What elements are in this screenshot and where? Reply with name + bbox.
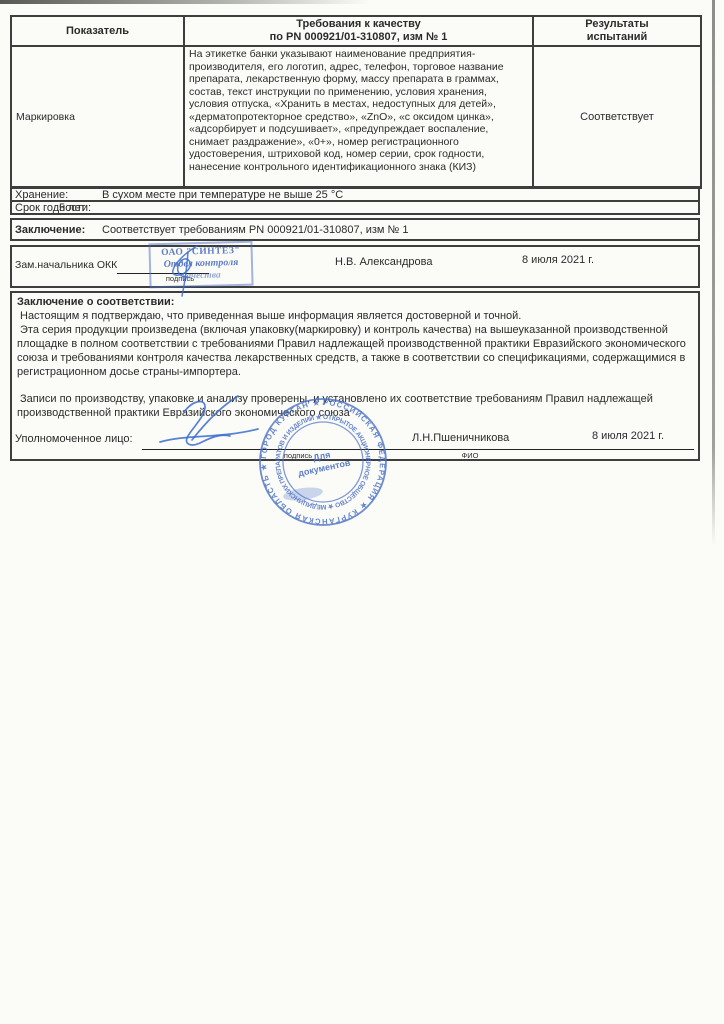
qc-sign-date: 8 июля 2021 г.	[522, 254, 594, 266]
scan-edge-right-artifact	[712, 0, 715, 546]
shelf-life-value: 5 лет	[59, 202, 85, 214]
conclusion-row: Заключение: Соответствует требованиям PN…	[10, 218, 700, 241]
header-results: Результаты испытаний	[533, 16, 701, 46]
table-row-marking: Маркировка На этикетке банки указывают н…	[11, 46, 701, 188]
compliance-paragraph-2: Эта серия продукции произведена (включая…	[17, 323, 693, 379]
shelf-life-row: Срок годности: 5 лет	[10, 200, 700, 215]
authorized-name-caption: ФИО	[440, 451, 500, 460]
header-requirements-line2: по PN 000921/01-310807, изм № 1	[187, 31, 530, 44]
header-indicator: Показатель	[11, 16, 184, 46]
svg-text:Для: Для	[312, 449, 331, 462]
qc-signer-name: Н.В. Александрова	[335, 256, 432, 268]
compliance-title: Заключение о соответствии:	[17, 295, 693, 309]
authorized-person-label: Уполномоченное лицо:	[15, 433, 133, 445]
compliance-paragraph-1: Настоящим я подтверждаю, что приведенная…	[17, 309, 693, 323]
document-page: Показатель Требования к качеству по PN 0…	[0, 0, 724, 1024]
seal-center-text: Для документов	[295, 446, 352, 479]
table-header-row: Показатель Требования к качеству по PN 0…	[11, 16, 701, 46]
header-results-line2: испытаний	[536, 31, 698, 44]
qc-handwritten-signature	[157, 240, 215, 298]
scan-edge-top-artifact	[0, 0, 370, 4]
qc-signature-row: Зам.начальника ОКК подпись Н.В. Александ…	[10, 245, 700, 288]
authorized-sign-date: 8 июля 2021 г.	[592, 430, 664, 442]
qc-position-label: Зам.начальника ОКК	[15, 259, 117, 271]
marking-result-cell: Соответствует	[533, 46, 701, 188]
authorized-person-name: Л.Н.Пшеничникова	[412, 432, 509, 444]
quality-requirements-table: Показатель Требования к качеству по PN 0…	[10, 15, 702, 189]
marking-requirements-cell: На этикетке банки указывают наименование…	[184, 46, 533, 188]
conclusion-label: Заключение:	[15, 224, 85, 236]
header-requirements-line1: Требования к качеству	[187, 18, 530, 31]
header-results-line1: Результаты	[536, 18, 698, 31]
marking-indicator-cell: Маркировка	[11, 46, 184, 188]
authorized-handwritten-signature	[150, 392, 280, 454]
header-requirements: Требования к качеству по PN 000921/01-31…	[184, 16, 533, 46]
conclusion-value: Соответствует требованиям PN 000921/01-3…	[102, 224, 409, 236]
